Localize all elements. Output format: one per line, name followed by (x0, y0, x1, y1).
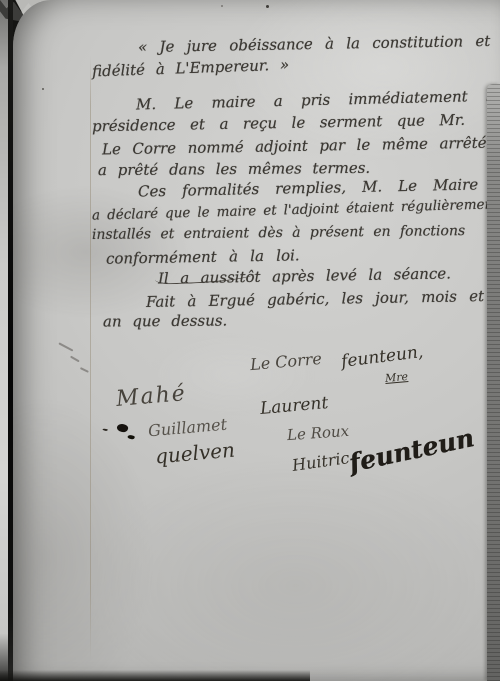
book-fore-edge (487, 84, 500, 681)
ink-speck (266, 5, 269, 8)
manuscript-line-place-date-2: an que dessus. (103, 312, 227, 330)
scanned-register-page: « Je jure obéissance à la constitution e… (0, 0, 500, 681)
ink-speck (42, 88, 44, 90)
manuscript-line-10: conformément à la loi. (106, 247, 300, 267)
bottom-shadow (0, 670, 310, 681)
signature-mayor-title: Mre (384, 370, 408, 385)
ruled-margin-line (90, 56, 91, 661)
manuscript-line-6: a prêté dans les mêmes termes. (98, 160, 370, 179)
ink-speck (221, 5, 223, 7)
